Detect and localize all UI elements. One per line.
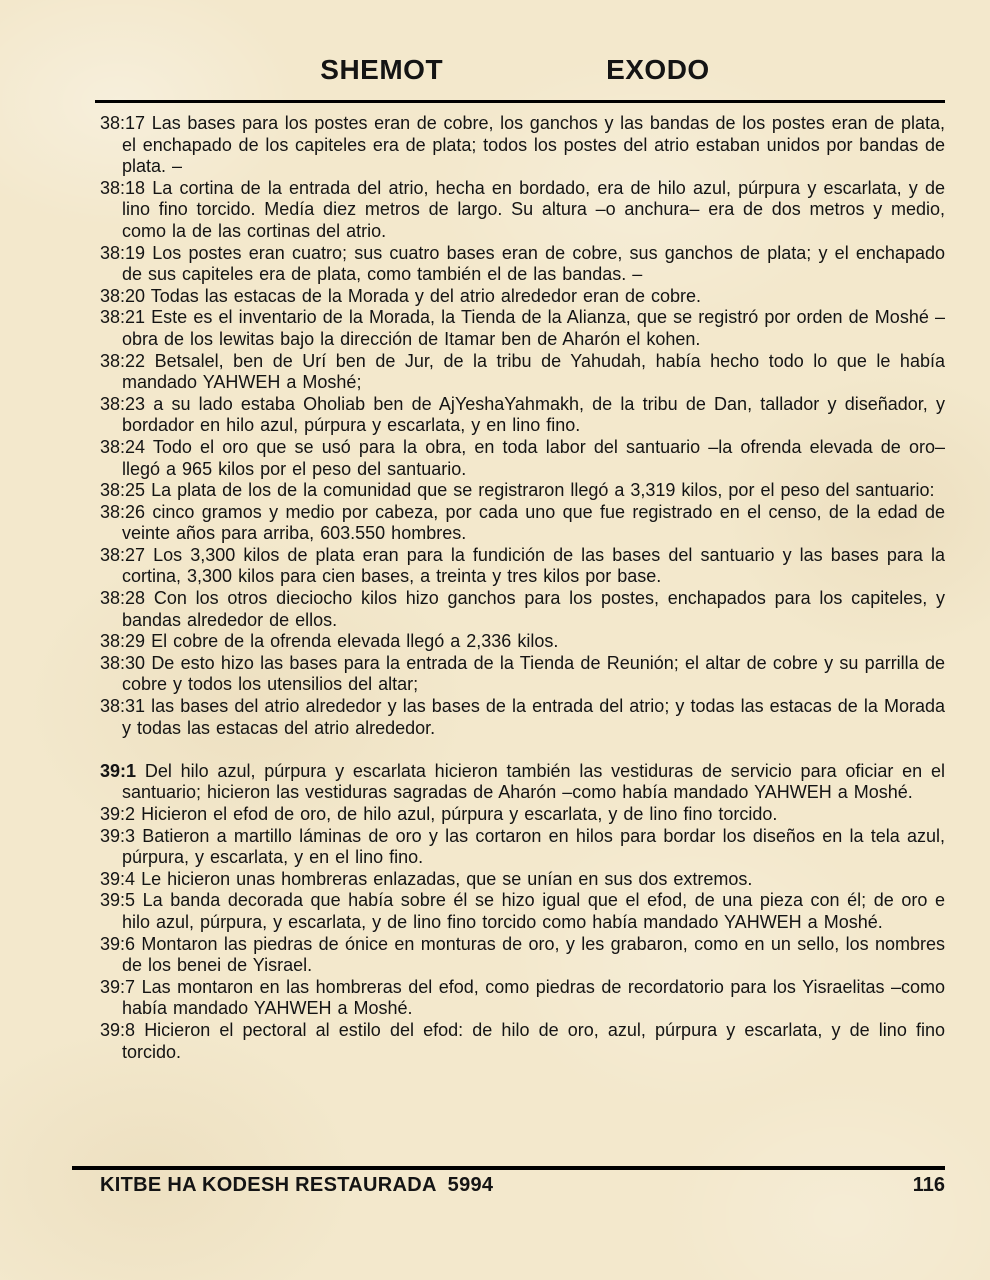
verse-text: Las montaron en las hombreras del efod, … bbox=[122, 977, 945, 1019]
verse-paragraph: 39:3 Batieron a martillo láminas de oro … bbox=[100, 826, 945, 869]
verse-text: Todo el oro que se usó para la obra, en … bbox=[122, 437, 945, 479]
verse-paragraph: 38:30 De esto hizo las bases para la ent… bbox=[100, 653, 945, 696]
verse-paragraph: 39:4 Le hicieron unas hombreras enlazada… bbox=[100, 869, 945, 891]
verse-text: Con los otros dieciocho kilos hizo ganch… bbox=[122, 588, 945, 630]
header-rule bbox=[95, 100, 945, 103]
footer-edition-title: KITBE HA KODESH RESTAURADA 5994 bbox=[100, 1174, 493, 1197]
verse-paragraph: 38:31 las bases del atrio alrededor y la… bbox=[100, 696, 945, 739]
verse-text: Le hicieron unas hombreras enlazadas, qu… bbox=[141, 869, 752, 889]
verse-text: a su lado estaba Oholiab ben de AjYeshaY… bbox=[122, 394, 945, 436]
verse-paragraph: 39:6 Montaron las piedras de ónice en mo… bbox=[100, 934, 945, 977]
verse-text: La plata de los de la comunidad que se r… bbox=[151, 480, 935, 500]
verse-paragraph: 39:5 La banda decorada que había sobre é… bbox=[100, 890, 945, 933]
verse-ref: 38:28 bbox=[100, 588, 145, 608]
header-title-exodo: EXODO bbox=[606, 54, 710, 86]
verse-paragraph: 38:29 El cobre de la ofrenda elevada lle… bbox=[100, 631, 945, 653]
verse-ref: 38:21 bbox=[100, 307, 145, 327]
verse-ref: 38:29 bbox=[100, 631, 145, 651]
verse-paragraph: 38:21 Este es el inventario de la Morada… bbox=[100, 307, 945, 350]
verse-text: Montaron las piedras de ónice en montura… bbox=[122, 934, 945, 976]
verse-paragraph: 38:20 Todas las estacas de la Morada y d… bbox=[100, 286, 945, 308]
verse-text: Batieron a martillo láminas de oro y las… bbox=[122, 826, 945, 868]
verse-list: 38:17 Las bases para los postes eran de … bbox=[100, 113, 945, 1063]
verse-text: El cobre de la ofrenda elevada llegó a 2… bbox=[151, 631, 558, 651]
verse-text: La cortina de la entrada del atrio, hech… bbox=[122, 178, 945, 241]
verse-text: Hicieron el pectoral al estilo del efod:… bbox=[122, 1020, 945, 1062]
verse-ref: 38:25 bbox=[100, 480, 145, 500]
verse-text: Los postes eran cuatro; sus cuatro bases… bbox=[122, 243, 945, 285]
verse-ref: 39:2 bbox=[100, 804, 135, 824]
verse-ref: 38:31 bbox=[100, 696, 145, 716]
page-footer: KITBE HA KODESH RESTAURADA 5994 116 bbox=[100, 1174, 945, 1197]
verse-text: Del hilo azul, púrpura y escarlata hicie… bbox=[122, 761, 945, 803]
verse-paragraph: 38:24 Todo el oro que se usó para la obr… bbox=[100, 437, 945, 480]
verse-ref: 39:4 bbox=[100, 869, 135, 889]
verse-ref: 39:3 bbox=[100, 826, 135, 846]
footer-page-number: 116 bbox=[913, 1174, 945, 1197]
verse-ref: 39:5 bbox=[100, 890, 135, 910]
verse-ref: 38:23 bbox=[100, 394, 145, 414]
verse-ref: 38:17 bbox=[100, 113, 145, 133]
verse-ref: 38:26 bbox=[100, 502, 145, 522]
verse-ref: 39:1 bbox=[100, 761, 136, 781]
verse-paragraph: 38:18 La cortina de la entrada del atrio… bbox=[100, 178, 945, 243]
verse-paragraph: 38:27 Los 3,300 kilos de plata eran para… bbox=[100, 545, 945, 588]
page-header: SHEMOT EXODO bbox=[20, 54, 990, 86]
verse-ref: 39:7 bbox=[100, 977, 135, 997]
verse-paragraph: 39:7 Las montaron en las hombreras del e… bbox=[100, 977, 945, 1020]
verse-ref: 39:8 bbox=[100, 1020, 135, 1040]
verse-text: De esto hizo las bases para la entrada d… bbox=[122, 653, 945, 695]
verse-text: Las bases para los postes eran de cobre,… bbox=[122, 113, 945, 176]
verse-paragraph: 38:17 Las bases para los postes eran de … bbox=[100, 113, 945, 178]
verse-ref: 38:22 bbox=[100, 351, 145, 371]
verse-paragraph: 38:25 La plata de los de la comunidad qu… bbox=[100, 480, 945, 502]
verse-text: las bases del atrio alrededor y las base… bbox=[122, 696, 945, 738]
verse-paragraph: 38:19 Los postes eran cuatro; sus cuatro… bbox=[100, 243, 945, 286]
header-title-shemot: SHEMOT bbox=[320, 54, 443, 86]
verse-text: Los 3,300 kilos de plata eran para la fu… bbox=[122, 545, 945, 587]
scripture-page: SHEMOT EXODO 38:17 Las bases para los po… bbox=[0, 0, 990, 1280]
verse-paragraph: 38:28 Con los otros dieciocho kilos hizo… bbox=[100, 588, 945, 631]
verse-ref: 38:24 bbox=[100, 437, 145, 457]
verse-text: Hicieron el efod de oro, de hilo azul, p… bbox=[141, 804, 777, 824]
verse-ref: 38:18 bbox=[100, 178, 145, 198]
verse-text: Este es el inventario de la Morada, la T… bbox=[122, 307, 945, 349]
verse-text: La banda decorada que había sobre él se … bbox=[122, 890, 945, 932]
verse-ref: 38:19 bbox=[100, 243, 145, 263]
verse-ref: 38:30 bbox=[100, 653, 145, 673]
verse-text: cinco gramos y medio por cabeza, por cad… bbox=[122, 502, 945, 544]
verse-paragraph: 38:22 Betsalel, ben de Urí ben de Jur, d… bbox=[100, 351, 945, 394]
verse-paragraph: 38:26 cinco gramos y medio por cabeza, p… bbox=[100, 502, 945, 545]
verse-paragraph: 38:23 a su lado estaba Oholiab ben de Aj… bbox=[100, 394, 945, 437]
verse-ref: 38:27 bbox=[100, 545, 145, 565]
verse-paragraph: 39:1 Del hilo azul, púrpura y escarlata … bbox=[100, 761, 945, 804]
verse-ref: 39:6 bbox=[100, 934, 135, 954]
verse-ref: 38:20 bbox=[100, 286, 145, 306]
footer-rule bbox=[72, 1166, 945, 1170]
verse-paragraph: 39:2 Hicieron el efod de oro, de hilo az… bbox=[100, 804, 945, 826]
verse-text: Betsalel, ben de Urí ben de Jur, de la t… bbox=[122, 351, 945, 393]
verse-text: Todas las estacas de la Morada y del atr… bbox=[151, 286, 701, 306]
verse-paragraph: 39:8 Hicieron el pectoral al estilo del … bbox=[100, 1020, 945, 1063]
